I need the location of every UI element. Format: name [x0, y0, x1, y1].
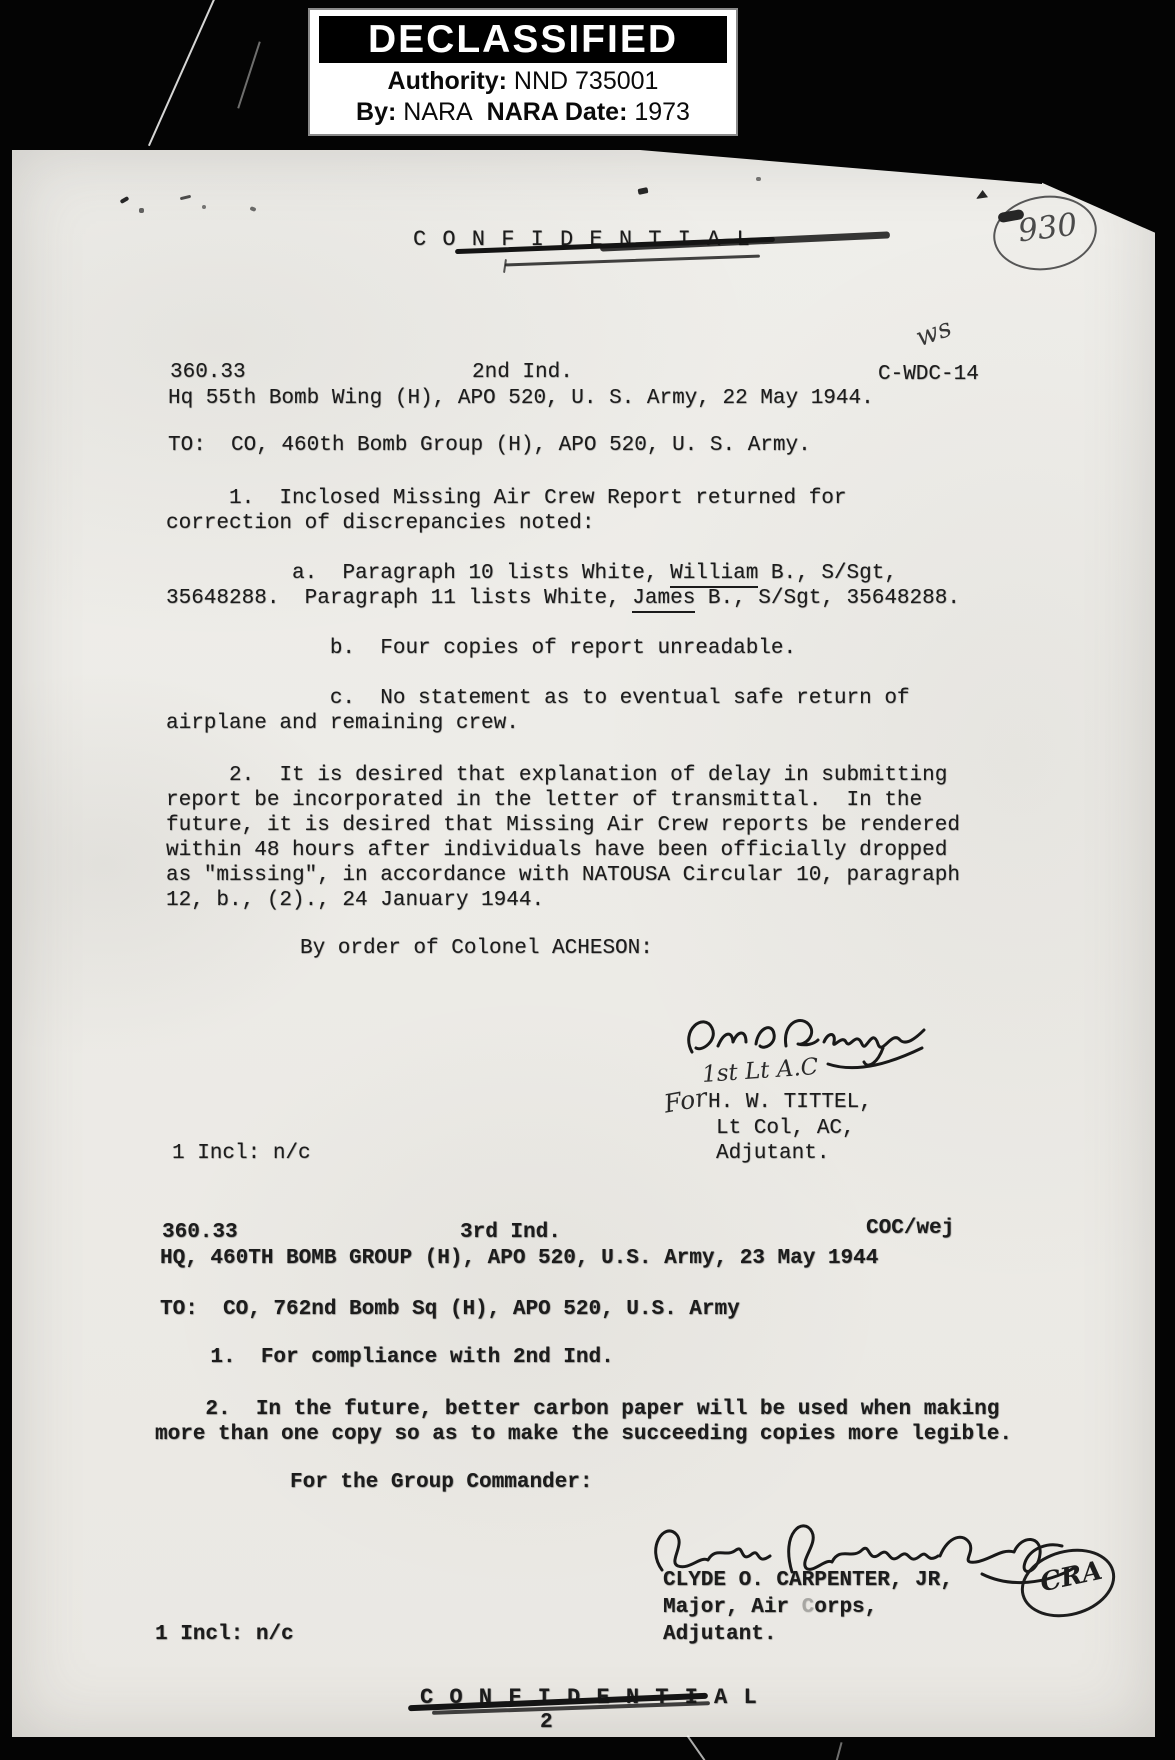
- rank-text: Major, Air: [663, 1596, 802, 1619]
- underlined-name-william: William: [670, 562, 758, 588]
- paragraph-a-text: B., S/Sgt, 35648288.: [695, 587, 960, 610]
- stamp-authority-value: NND 735001: [514, 67, 659, 95]
- stamp-date-value: 1973: [634, 98, 690, 126]
- stamp-authority-label: Authority:: [388, 67, 507, 95]
- office-symbol-2nd: C-WDC-14: [878, 362, 979, 387]
- inclosure-line-2nd: 1 Incl: n/c: [172, 1141, 311, 1166]
- paragraph-a-text: a. Paragraph 10 lists White,: [166, 562, 670, 585]
- rank-faint-letter: C: [802, 1596, 815, 1619]
- paragraph-1-3rd: 1. For compliance with 2nd Ind.: [160, 1345, 1060, 1370]
- for-group-commander-line: For the Group Commander:: [290, 1470, 592, 1495]
- scan-scratch: [835, 1742, 842, 1760]
- declassified-stamp: DECLASSIFIED Authority: NND 735001 By: N…: [308, 8, 738, 136]
- stamp-by-line: By: NARA NARA Date: 1973: [310, 97, 736, 128]
- signer-name-tittel: H. W. TITTEL,: [708, 1090, 872, 1115]
- paragraph-1: 1. Inclosed Missing Air Crew Report retu…: [166, 486, 1066, 536]
- file-number-3rd-ind: 360.33: [162, 1220, 238, 1245]
- stamp-by-label: By:: [356, 98, 396, 126]
- rank-text: orps,: [814, 1596, 877, 1619]
- scanned-document-page: DECLASSIFIED Authority: NND 735001 By: N…: [0, 0, 1175, 1760]
- paragraph-a: a. Paragraph 10 lists White, William B.,…: [166, 561, 1086, 611]
- signer-title-tittel: Adjutant.: [716, 1141, 829, 1166]
- underlined-name-james: James: [632, 587, 695, 613]
- paragraph-c: c. No statement as to eventual safe retu…: [166, 686, 1066, 736]
- stamp-by-value: NARA: [403, 98, 472, 126]
- indorsement-label-3rd: 3rd Ind.: [460, 1220, 561, 1245]
- circled-number-text: 930: [1016, 207, 1079, 250]
- paragraph-b: b. Four copies of report unreadable.: [166, 636, 1066, 661]
- declassified-banner: DECLASSIFIED: [319, 16, 727, 63]
- signer-rank-carpenter: Major, Air Corps,: [663, 1595, 877, 1620]
- paragraph-2-3rd: 2. In the future, better carbon paper wi…: [155, 1397, 1115, 1447]
- to-line-3rd-ind: TO: CO, 762nd Bomb Sq (H), APO 520, U.S.…: [160, 1297, 740, 1322]
- pencil-mark: [202, 205, 206, 209]
- scan-scratch: [687, 1735, 706, 1760]
- ink-speck: [756, 177, 761, 181]
- inclosure-line-3rd: 1 Incl: n/c: [155, 1622, 294, 1647]
- from-line-2nd-ind: Hq 55th Bomb Wing (H), APO 520, U. S. Ar…: [168, 386, 874, 411]
- signer-rank-tittel: Lt Col, AC,: [716, 1116, 855, 1141]
- page-number: 2: [540, 1710, 553, 1735]
- pencil-mark: [139, 208, 144, 213]
- scan-scratch: [237, 41, 261, 108]
- from-line-3rd-ind: HQ, 460TH BOMB GROUP (H), APO 520, U.S. …: [160, 1246, 878, 1271]
- signer-name-carpenter: CLYDE O. CARPENTER, JR,: [663, 1568, 953, 1593]
- to-line-2nd-ind: TO: CO, 460th Bomb Group (H), APO 520, U…: [168, 433, 811, 458]
- paragraph-2: 2. It is desired that explanation of del…: [166, 763, 1086, 913]
- indorsement-label-2nd: 2nd Ind.: [472, 360, 573, 385]
- by-order-line: By order of Colonel ACHESON:: [300, 936, 653, 961]
- signer-title-carpenter: Adjutant.: [663, 1622, 776, 1647]
- stamp-authority-line: Authority: NND 735001: [310, 66, 736, 97]
- scan-scratch: [148, 0, 217, 146]
- office-symbol-3rd: COC/wej: [866, 1216, 954, 1241]
- file-number-2nd-ind: 360.33: [170, 360, 246, 385]
- stamp-date-label: NARA Date:: [487, 98, 628, 126]
